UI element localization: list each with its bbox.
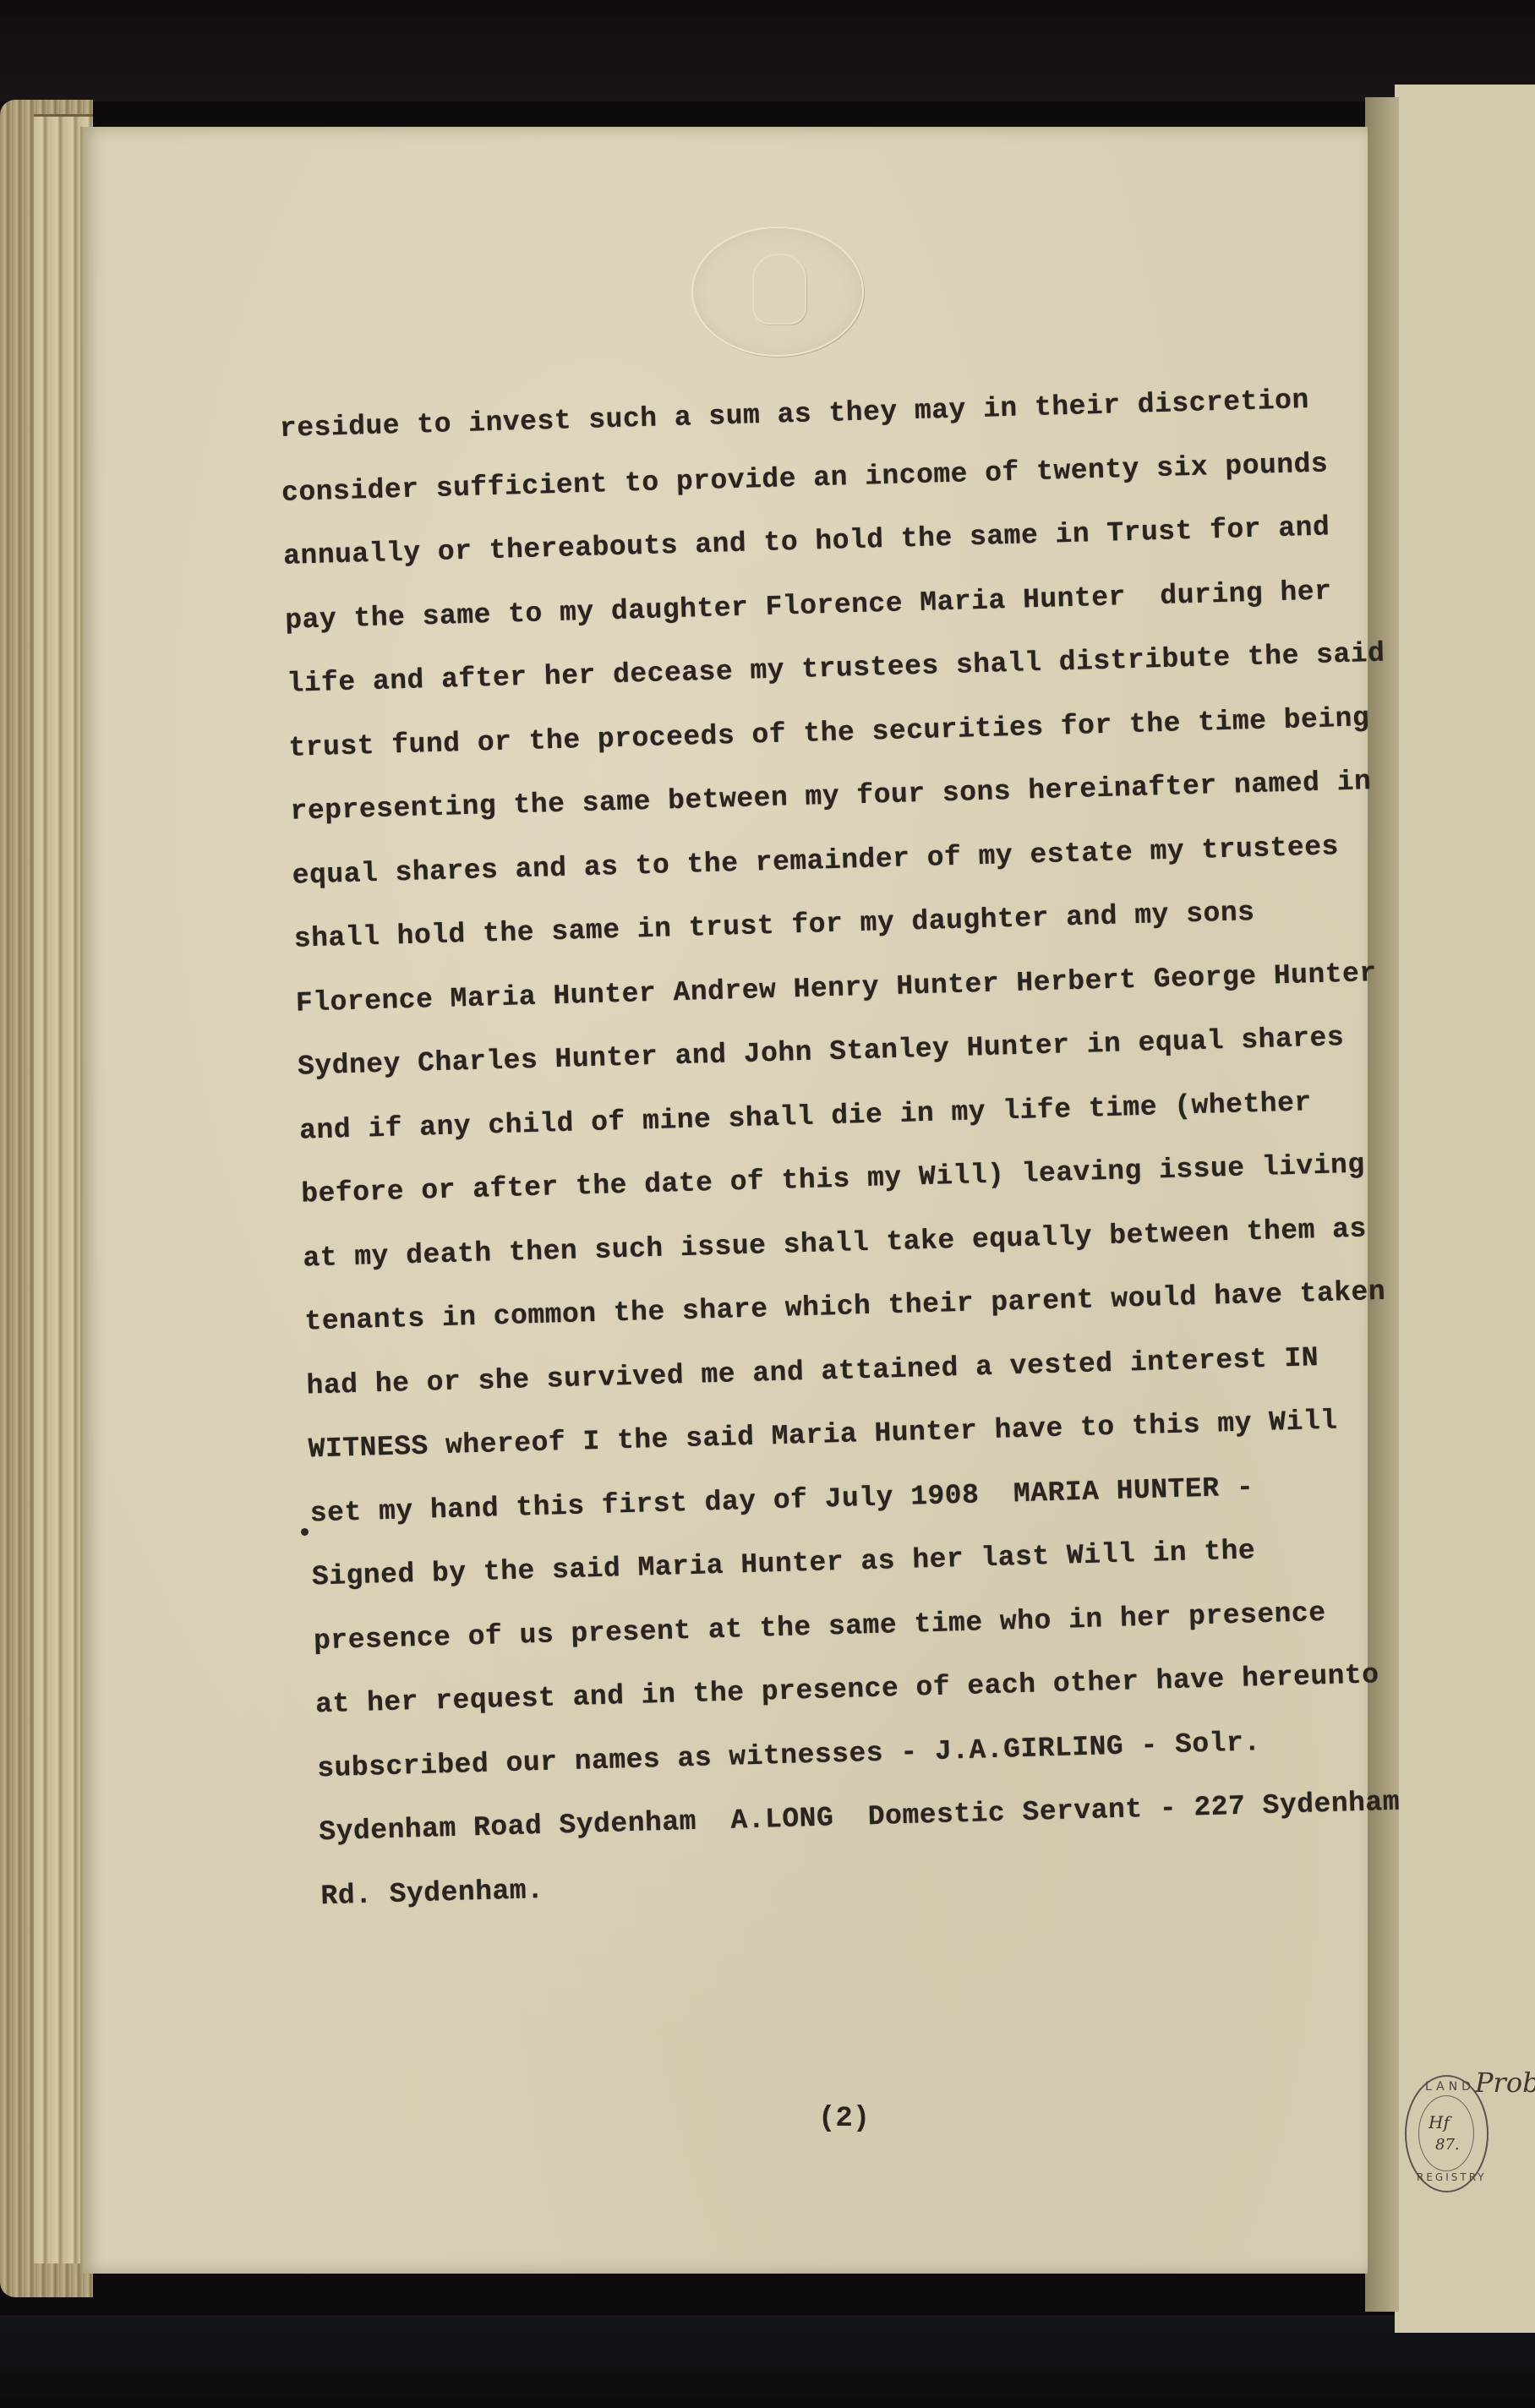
stamp-initials: Hf — [1428, 2112, 1450, 2132]
embossed-seal-icon — [691, 227, 864, 357]
book-binding-bottom — [0, 2315, 1535, 2408]
stamp-bottom-text: REGISTRY — [1417, 2171, 1487, 2183]
will-text-body: residue to invest such a sum as they may… — [279, 366, 1437, 1928]
royal-crest-icon — [752, 254, 806, 325]
margin-dot-mark — [301, 1528, 309, 1536]
stamp-inner-ring — [1418, 2095, 1474, 2171]
page-number: (2) — [818, 2103, 870, 2135]
stamp-top-text: LAND — [1425, 2080, 1475, 2094]
handwritten-probate-note: Probat — [1475, 2067, 1535, 2099]
stamp-number: 87. — [1435, 2136, 1460, 2154]
book-binding-top — [0, 0, 1535, 101]
